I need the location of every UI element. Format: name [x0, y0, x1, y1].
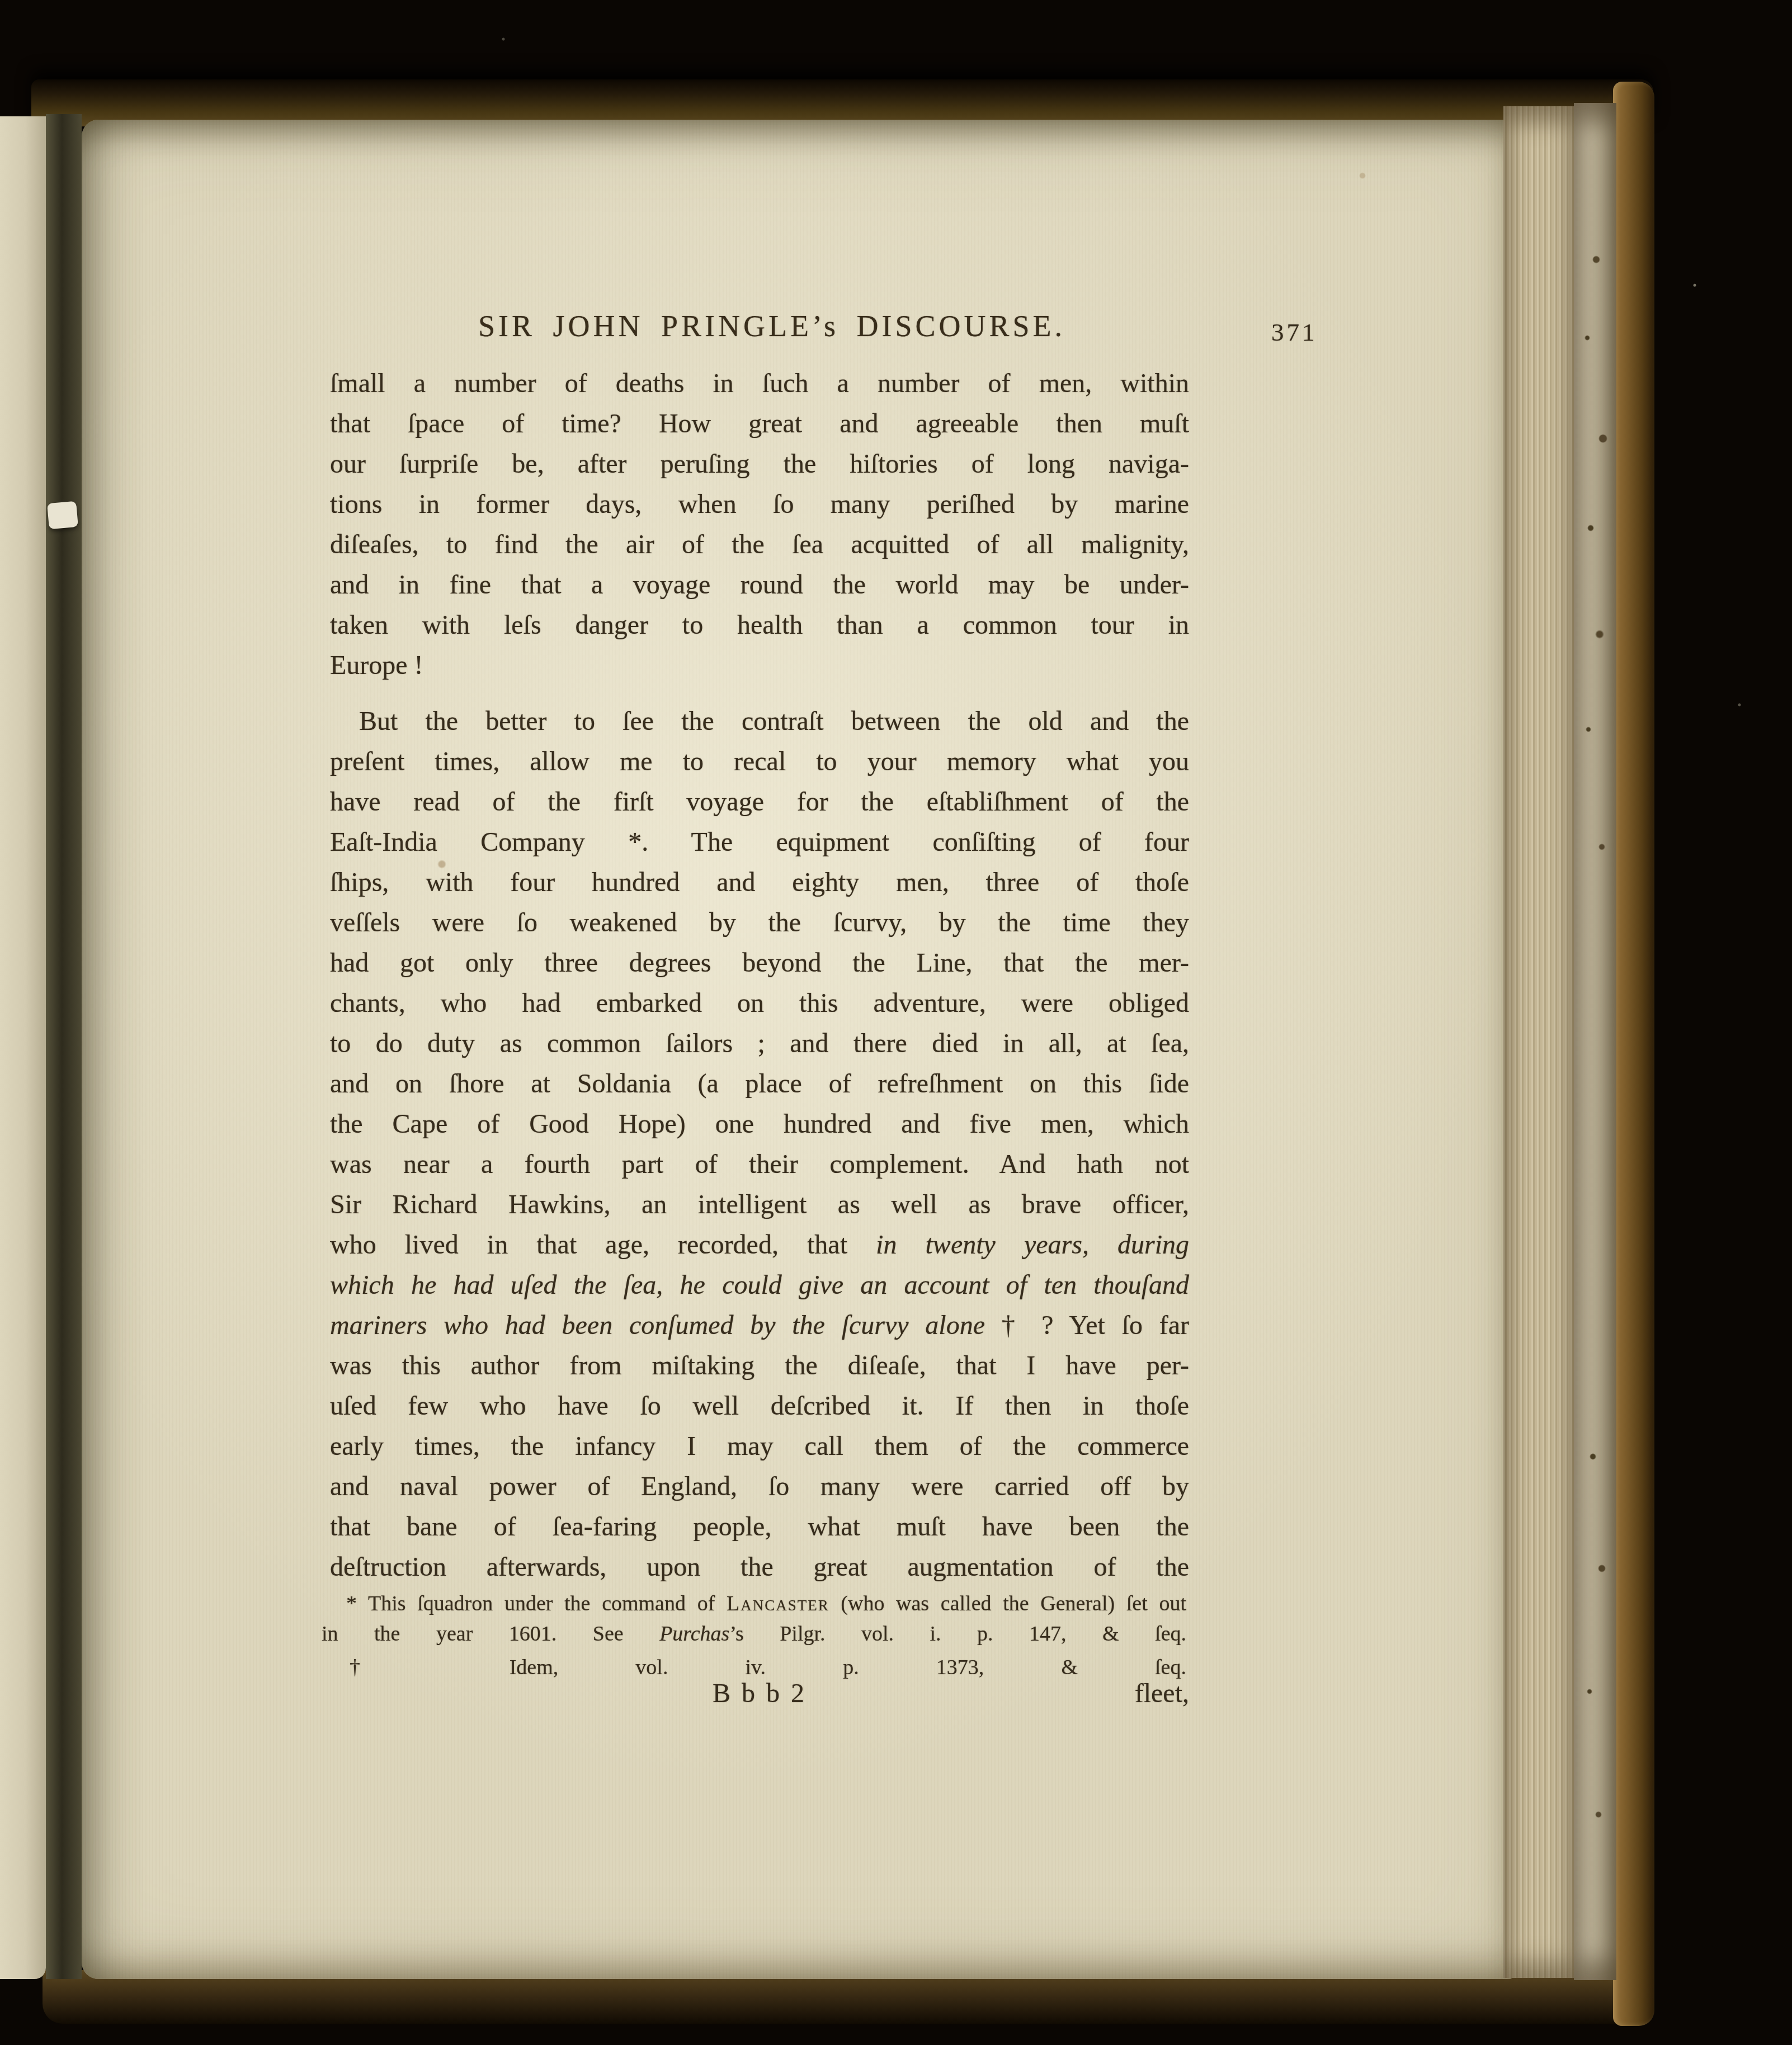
page-block-fore-edge: [1574, 103, 1616, 1980]
smallcaps-name: Lancaster: [727, 1592, 829, 1615]
footnote-text: ’s Pilgr. vol. i. p. 147, & ſeq.: [729, 1622, 1186, 1646]
body-line: Eaſt-India Company *. The equipment conſ…: [330, 822, 1189, 863]
page-leaf-edges: [1503, 106, 1575, 1978]
body-line: that ſpace of time? How great and agreea…: [330, 404, 1189, 444]
body-line: had got only three degrees beyond the Li…: [330, 943, 1189, 983]
previous-page-edge: [0, 116, 46, 1979]
body-line: uſed few who have ſo well deſcribed it. …: [330, 1386, 1189, 1426]
binding-thread: [47, 501, 78, 529]
body-line: diſeaſes, to find the air of the ſea acq…: [330, 525, 1189, 565]
italic-segment: Purchas: [659, 1622, 729, 1646]
body-line: was near a fourth part of their compleme…: [330, 1144, 1189, 1185]
roman-segment: † ? Yet ſo far: [985, 1311, 1189, 1340]
body-line-mixed: who lived in that age, recorded, that in…: [330, 1225, 1189, 1265]
body-line: Sir Richard Hawkins, an intelligent as w…: [330, 1185, 1189, 1225]
page-number: 371: [1271, 318, 1318, 347]
paragraph-2: But the better to ſee the contraſt betwe…: [330, 701, 1189, 1587]
body-line: ſhips, with four hundred and eighty men,…: [330, 863, 1189, 903]
body-line: ſmall a number of deaths in ſuch a numbe…: [330, 364, 1189, 404]
scan-root: { "colors": { "paper": "#ddd6bc", "ink":…: [0, 0, 1792, 2045]
body-line: veſſels were ſo weakened by the ſcurvy, …: [330, 903, 1189, 943]
book-page: SIR JOHN PRINGLE’s DISCOURSE. 371 ſmall …: [82, 120, 1513, 1979]
body-line: our ſurpriſe be, after peruſing the hiſt…: [330, 444, 1189, 484]
footnote-asterisk-line-2: in the year 1601. See Purchas’s Pilgr. v…: [322, 1619, 1186, 1649]
footnote-asterisk-line-1: * This ſquadron under the command of Lan…: [322, 1589, 1186, 1619]
body-line: was this author from miſtaking the diſea…: [330, 1346, 1189, 1386]
body-line: and in fine that a voyage round the worl…: [330, 565, 1189, 605]
book-gutter: [46, 114, 82, 1979]
body-line: and on ſhore at Soldania (a place of ref…: [330, 1064, 1189, 1104]
body-line: the Cape of Good Hope) one hundred and f…: [330, 1104, 1189, 1144]
body-line-mixed: mariners who had been conſumed by the ſc…: [330, 1306, 1189, 1346]
catchword: fleet,: [1135, 1674, 1189, 1714]
body-line: chants, who had embarked on this adventu…: [330, 983, 1189, 1024]
body-line: and naval power of England, ſo many were…: [330, 1467, 1189, 1507]
body-line: Europe !: [330, 645, 1189, 686]
footnotes: * This ſquadron under the command of Lan…: [322, 1589, 1186, 1683]
body-line: to do duty as common ſailors ; and there…: [330, 1024, 1189, 1064]
italic-segment: mariners who had been conſumed by the ſc…: [330, 1311, 985, 1340]
body-line: preſent times, allow me to recal to your…: [330, 742, 1189, 782]
body-line: have read of the firſt voyage for the eſ…: [330, 782, 1189, 822]
footnote-text: in the year 1601. See: [322, 1622, 659, 1646]
body-line: But the better to ſee the contraſt betwe…: [330, 701, 1189, 742]
running-header: SIR JOHN PRINGLE’s DISCOURSE.: [330, 309, 1189, 343]
signature-mark: B b b 2: [330, 1674, 1189, 1714]
body-line: that bane of ſea-faring people, what muſ…: [330, 1507, 1189, 1547]
italic-segment: in twenty years, during: [876, 1230, 1189, 1260]
body-line: taken with leſs danger to health than a …: [330, 605, 1189, 645]
body-line: deſtruction afterwards, upon the great a…: [330, 1547, 1189, 1587]
signature-row: B b b 2 fleet,: [330, 1674, 1189, 1714]
body-line-italic: which he had uſed the ſea, he could give…: [330, 1265, 1189, 1306]
paragraph-1: ſmall a number of deaths in ſuch a numbe…: [330, 364, 1189, 686]
body-line: early times, the infancy I may call them…: [330, 1426, 1189, 1467]
roman-segment: who lived in that age, recorded, that: [330, 1230, 876, 1260]
book-cover-right-edge: [1613, 82, 1654, 2026]
body-line: tions in former days, when ſo many periſ…: [330, 484, 1189, 525]
footnote-text: * This ſquadron under the command of: [346, 1592, 727, 1615]
footnote-text: (who was called the General) ſet out: [829, 1592, 1186, 1615]
